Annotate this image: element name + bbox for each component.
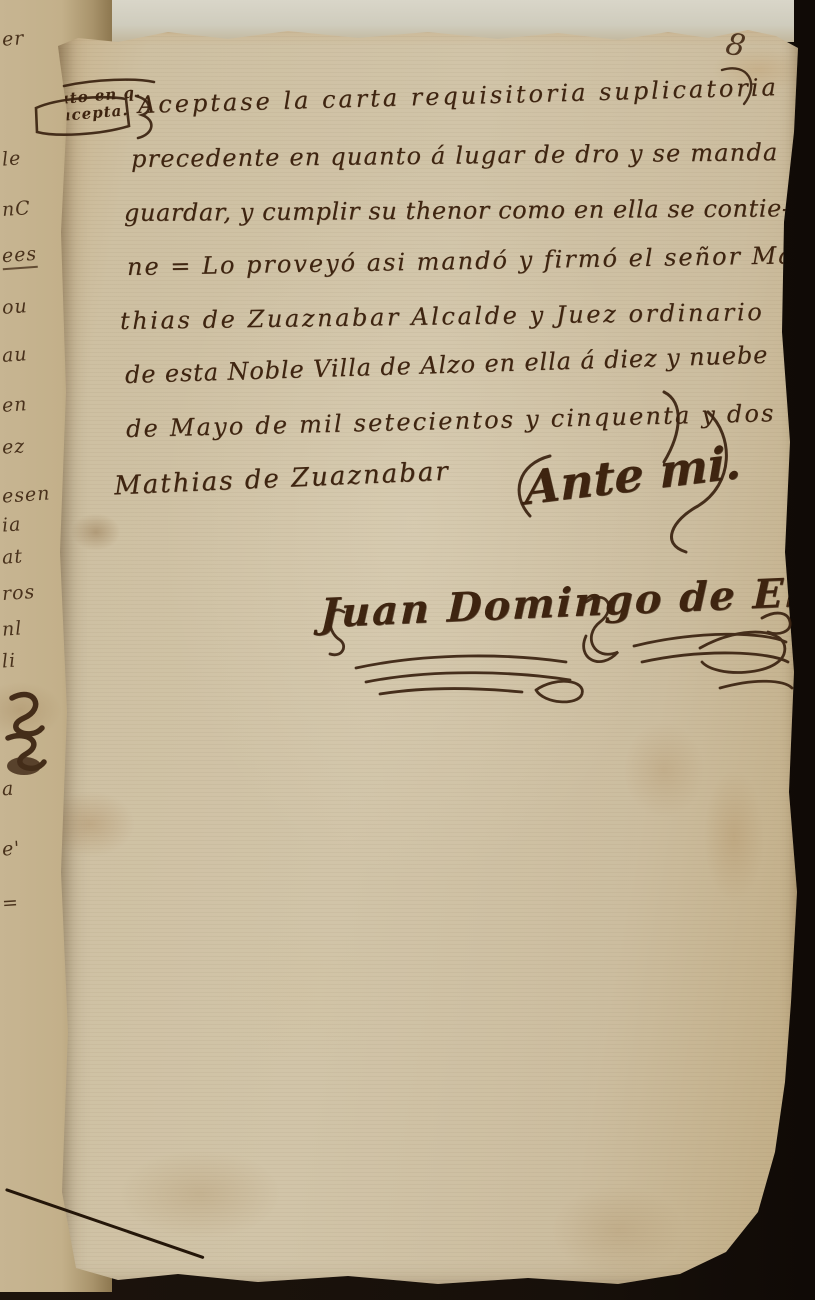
left-page-text-fragment: ees (1, 243, 38, 270)
signature-mathias-de-zuaznabar: Mathias de Zuaznabar (114, 457, 451, 502)
manuscript-line: Aceptase la carta requisitoria suplicato… (137, 61, 764, 132)
manuscript-line: ne = Lo proveyó asi mandó y firmó el señ… (127, 229, 765, 294)
left-page-text-fragment: esen (1, 482, 51, 507)
photograph-background: er le nC ees ou au en ez esen ia at ros … (0, 0, 815, 1300)
left-page-text-fragment: ia (1, 513, 22, 536)
left-page-text-fragment: li (1, 650, 17, 673)
left-page-text-fragment: nl (1, 617, 23, 640)
left-page-text-fragment: e' (1, 837, 21, 860)
left-page-text-fragment: ou (1, 295, 28, 319)
manuscript-text-block: Aceptase la carta requisitoria suplicato… (124, 78, 764, 456)
left-page-text-fragment: at (1, 545, 23, 568)
left-page-text-fragment: en (1, 393, 28, 417)
left-page-text-fragment: ros (1, 581, 36, 605)
left-page-text-fragment: a (1, 778, 15, 801)
signature-juan-domingo-de-elola: Juan Domingo de Elola (320, 566, 815, 637)
left-page-text-fragment: er (1, 27, 25, 51)
left-page-text-fragment: nC (1, 197, 31, 221)
manuscript-line: precedente en quanto á lugar de dro y se… (131, 125, 765, 186)
left-page-text-fragment: au (1, 343, 28, 367)
manuscript-page: 8 Auto en q. acepta. Aceptase la carta r… (58, 12, 800, 1290)
left-page-text-fragment: ez (1, 435, 26, 459)
left-page-text-fragment: le (1, 147, 22, 170)
left-page-text-fragment: = (1, 891, 19, 914)
